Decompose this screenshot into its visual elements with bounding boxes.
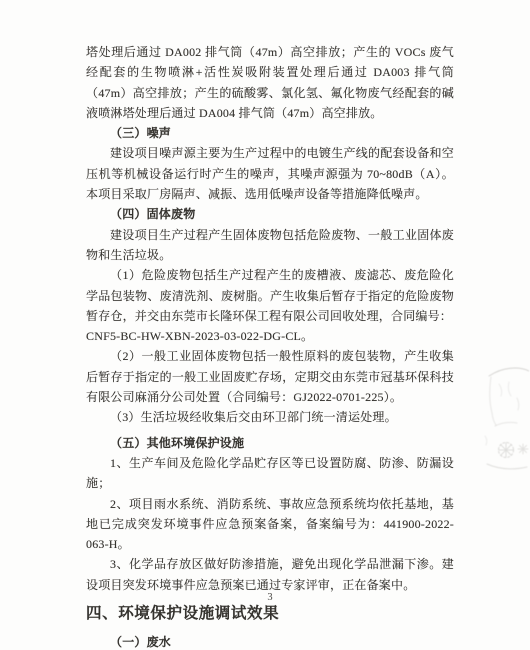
page-number: 3: [86, 592, 454, 603]
hazardous-waste-contract-number: CNF5-BC-HW-XBN-2023-03-022-DG-CL。: [86, 326, 454, 346]
solid-waste-item-domestic: （3）生活垃圾经收集后交由环卫部门统一清运处理。: [86, 407, 454, 427]
other-facilities-item-2: 2、项目雨水系统、消防系统、事故应急预系统均依托基地，基地已完成突发环境事件应急…: [86, 494, 454, 555]
chapter-4-title: 四、环境保护设施调试效果: [86, 602, 454, 625]
section-solid-waste-heading: （四）固体废物: [86, 204, 454, 224]
document-text-block: 塔处理后通过 DA002 排气筒（47m）高空排放；产生的 VOCs 废气经配套…: [86, 42, 454, 650]
document-page: 塔处理后通过 DA002 排气筒（47m）高空排放；产生的 VOCs 废气经配套…: [0, 0, 530, 650]
solid-waste-item-general: （2）一般工业固体废物包括一般性原料的废包装物，产生收集后暂存于指定的一般工业固…: [86, 346, 454, 407]
section-other-facilities-heading: （五）其他环境保护设施: [86, 433, 454, 453]
section-solid-waste-intro: 建设项目生产过程产生固体废物包括危险废物、一般工业固体废物和生活垃圾。: [86, 225, 454, 266]
faint-stamp-seal-partial: [479, 364, 529, 478]
chapter-4-subsection-wastewater: （一）废水: [86, 632, 454, 650]
exhaust-gas-continuation-paragraph: 塔处理后通过 DA002 排气筒（47m）高空排放；产生的 VOCs 废气经配套…: [86, 42, 454, 123]
solid-waste-item-hazardous: （1）危险废物包括生产过程产生的废槽液、废滤芯、废危险化学品包装物、废清洗剂、废…: [86, 265, 454, 326]
section-noise-heading: （三）噪声: [86, 123, 454, 143]
other-facilities-item-1: 1、生产车间及危险化学品贮存区等已设置防腐、防渗、防漏设施；: [86, 453, 454, 494]
section-noise-body: 建设项目噪声源主要为生产过程中的电镀生产线的配套设备和空压机等机械设备运行时产生…: [86, 143, 454, 204]
other-facilities-item-3: 3、化学品存放区做好防渗措施，避免出现化学品泄漏下渗。建设项目突发环境事件应急预…: [86, 554, 454, 595]
